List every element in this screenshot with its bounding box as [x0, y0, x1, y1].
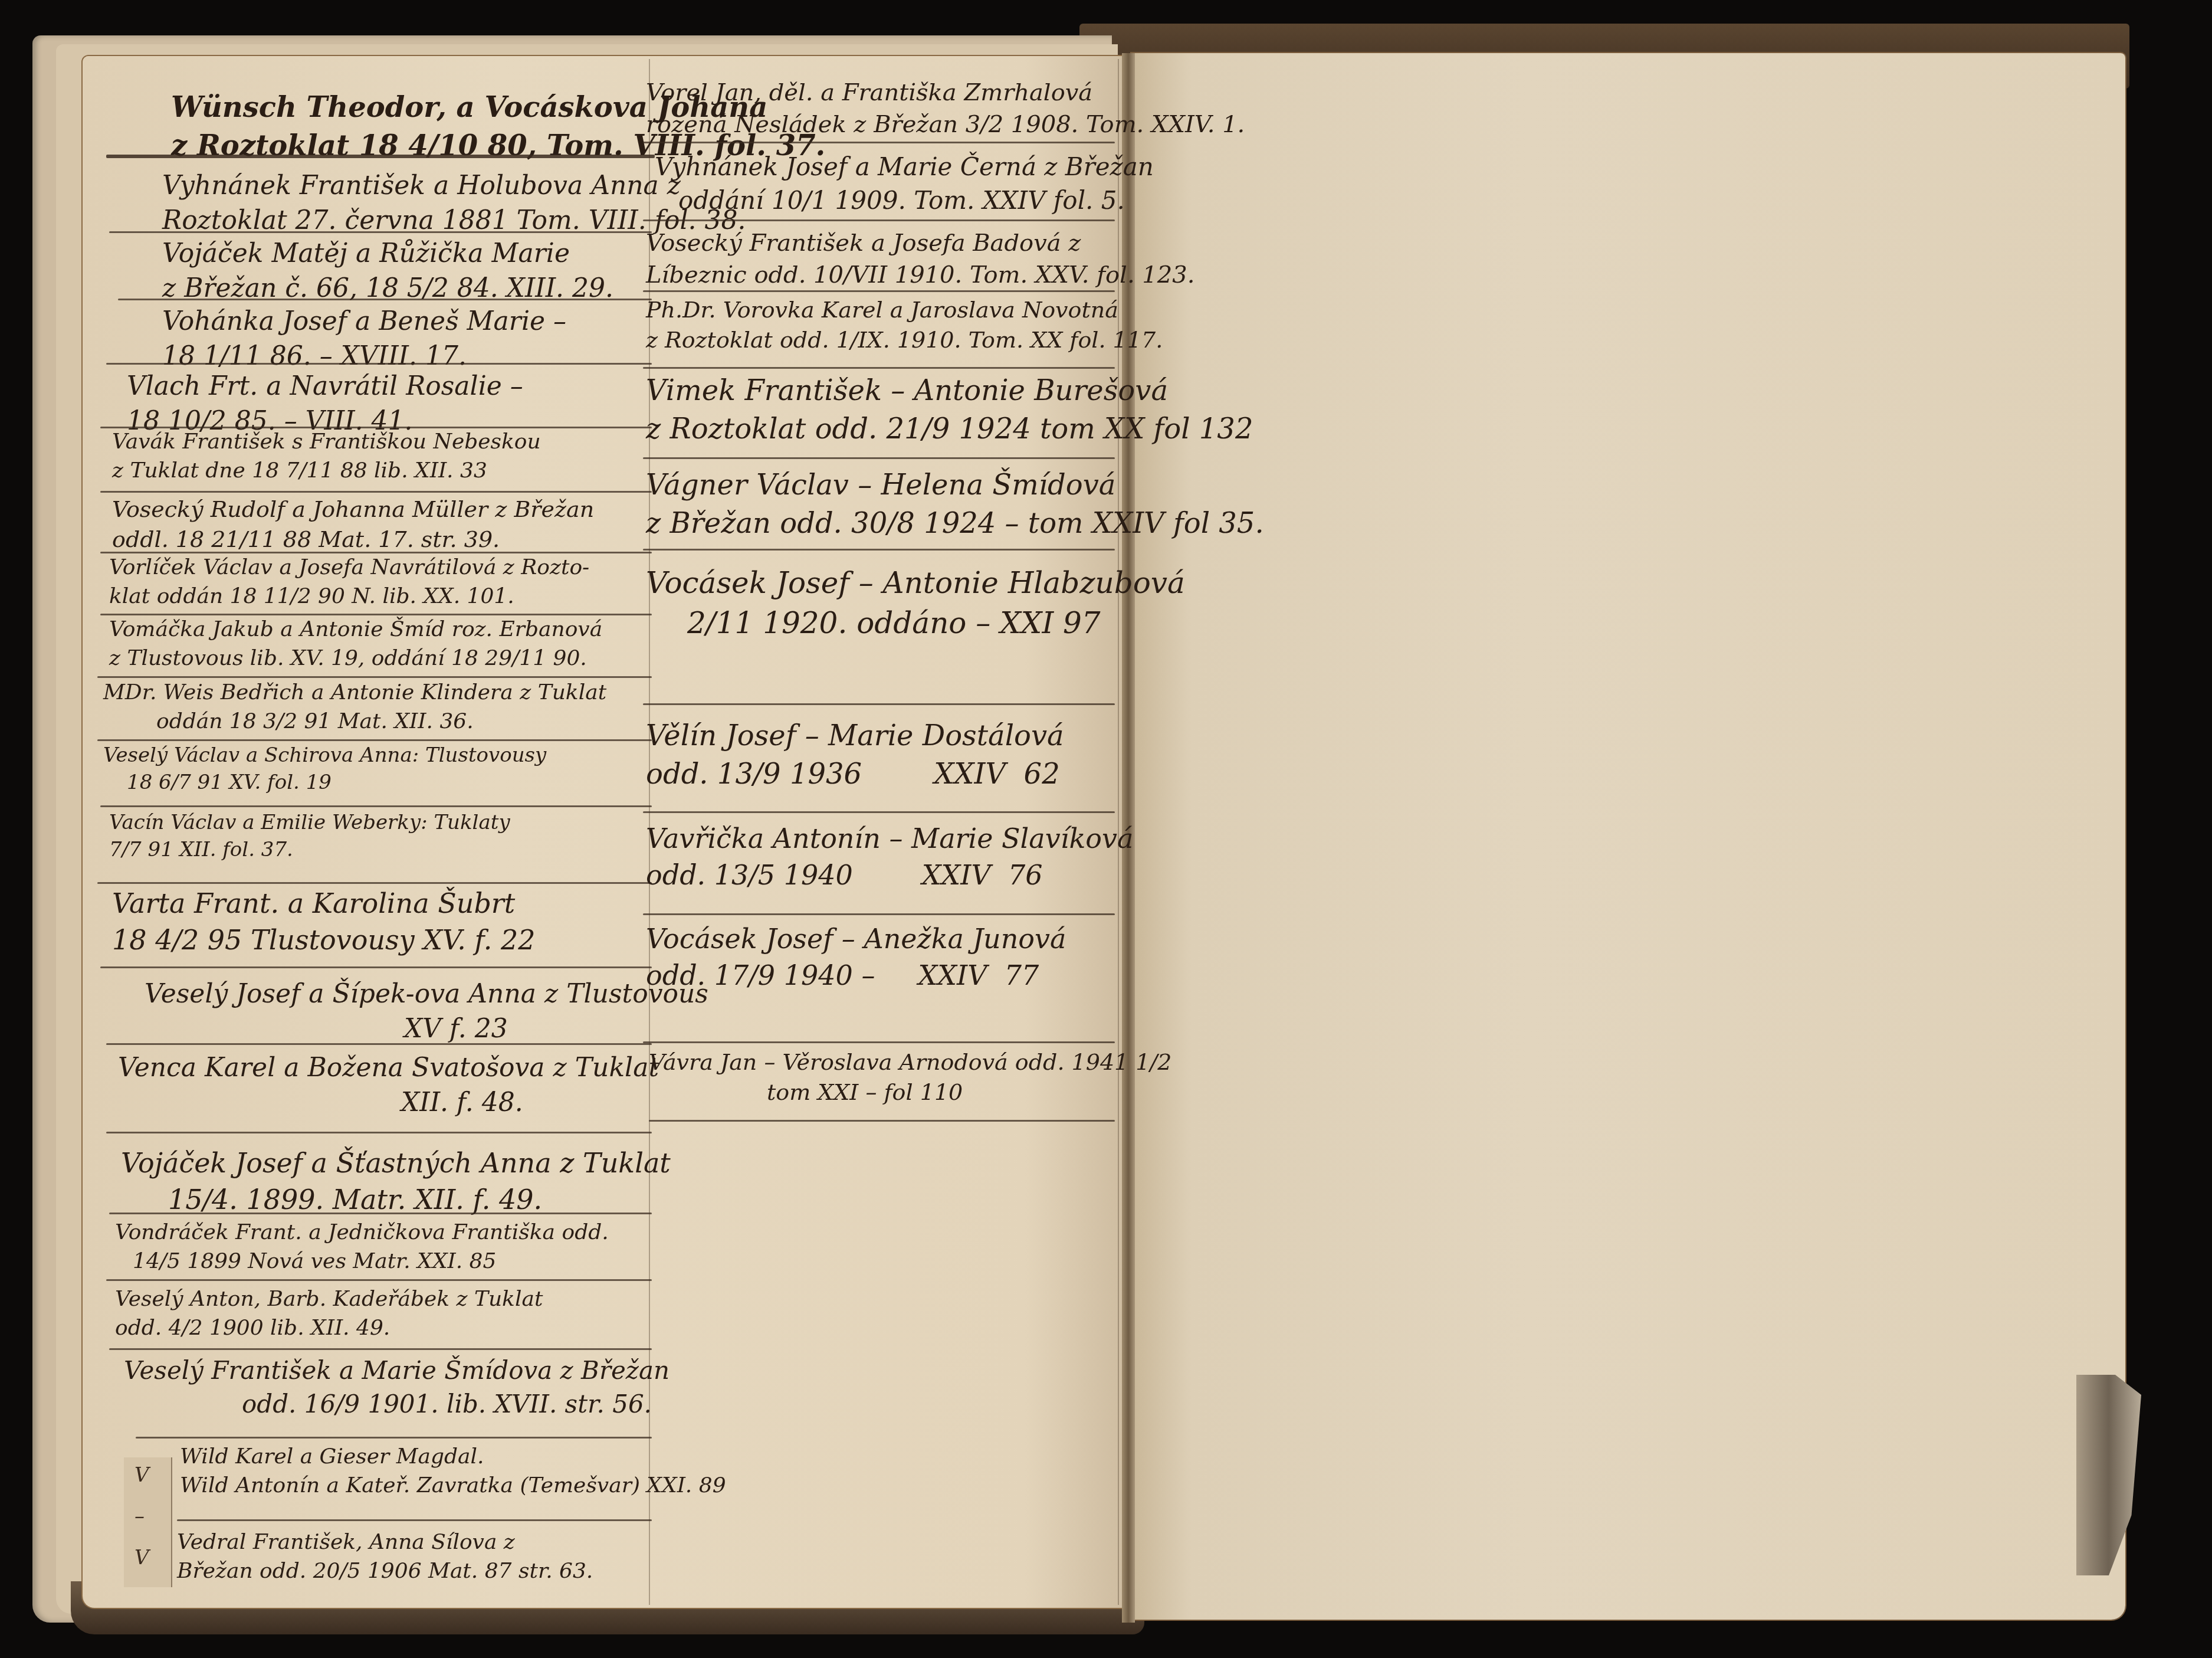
entry-details: z Tuklat dne 18 7/11 88 lib. XII. 33 — [112, 457, 541, 486]
entry-details: odd. 16/9 1901. lib. XVII. str. 56. — [124, 1388, 669, 1421]
register-entry: Varta Frant. a Karolina Šubrt 18 4/2 95 … — [112, 885, 536, 958]
entry-details: tom XXI – fol 110 — [649, 1077, 1172, 1107]
entry-names: Veselý František a Marie Šmídova z Břeža… — [124, 1354, 669, 1388]
entry-names: Vavák František s Františkou Nebeskou — [112, 428, 541, 457]
register-entry: Vimek František – Antonie Burešová z Roz… — [646, 372, 1253, 448]
entry-names: Vávra Jan – Věroslava Arnodová odd. 1941… — [649, 1047, 1172, 1077]
entry-separator — [106, 1279, 652, 1281]
stub-letter: – — [134, 1505, 145, 1528]
register-entry: Vojáček Matěj a Růžička Marie z Břežan č… — [162, 236, 613, 306]
entry-details: odd. 13/9 1936 XXIV 62 — [646, 755, 1064, 794]
entry-details: Wild Antonín a Kateř. Zavratka (Temešvar… — [180, 1472, 726, 1500]
register-entry: Vosecký Rudolf a Johanna Müller z Břežan… — [112, 494, 594, 555]
entry-names: Vomáčka Jakub a Antonie Šmíd roz. Erbano… — [109, 615, 602, 644]
entry-details: Břežan odd. 20/5 1906 Mat. 87 str. 63. — [177, 1557, 593, 1586]
entry-separator — [643, 290, 1115, 292]
right-page-edges — [2076, 1375, 2141, 1575]
entry-names: Vágner Václav – Helena Šmídová — [646, 466, 1264, 504]
entry-names: Vacín Václav a Emilie Weberky: Tuklaty — [109, 810, 510, 837]
entry-details: z Břežan č. 66, 18 5/2 84. XIII. 29. — [162, 271, 613, 306]
entry-separator — [643, 549, 1115, 551]
entry-names: Vocásek Josef – Antonie Hlabzubová — [646, 563, 1185, 604]
entry-details: 18 4/2 95 Tlustovousy XV. f. 22 — [112, 922, 536, 958]
register-entry: Vosecký František a Josefa Badová z Líbe… — [646, 227, 1194, 291]
entry-separator — [643, 219, 1115, 221]
entry-separator — [643, 811, 1115, 813]
entry-names: Vedral František, Anna Sílova z — [177, 1528, 593, 1557]
entry-separator — [109, 231, 652, 233]
entry-names: Vohánka Josef a Beneš Marie – — [162, 304, 566, 339]
entry-names: Vocásek Josef – Anežka Junová — [646, 920, 1066, 957]
register-entry: Ph.Dr. Vorovka Karel a Jaroslava Novotná… — [646, 295, 1163, 356]
stub-letter: V — [134, 1546, 149, 1569]
right-page — [1131, 53, 2125, 1620]
register-entry: Veselý Josef a Šípek-ova Anna z Tlustovo… — [145, 977, 708, 1047]
entry-details: z Břežan odd. 30/8 1924 – tom XXIV fol 3… — [646, 504, 1264, 543]
entry-separator — [100, 491, 652, 493]
entry-names: Vělín Josef – Marie Dostálová — [646, 717, 1064, 755]
entry-names: Vyhnánek Josef a Marie Černá z Břežan — [655, 150, 1154, 184]
register-entry: Wild Karel a Gieser Magdal. Wild Antonín… — [180, 1443, 726, 1500]
register-entry: Vavák František s Františkou Nebeskou z … — [112, 428, 541, 485]
register-entry: Veselý Václav a Schirova Anna: Tlustovou… — [103, 742, 546, 797]
entry-details: oddl. 18 21/11 88 Mat. 17. str. 39. — [112, 525, 594, 555]
entry-names: Vorlíček Václav a Josefa Navrátilová z R… — [109, 553, 589, 582]
entry-separator — [643, 457, 1115, 459]
register-entry: MDr. Weis Bedřich a Antonie Klindera z T… — [103, 679, 606, 736]
entry-names: Veselý Josef a Šípek-ova Anna z Tlustovo… — [145, 977, 708, 1011]
entry-details: 18 6/7 91 XV. fol. 19 — [103, 769, 546, 797]
entry-names: Vojáček Josef a Šťastných Anna z Tuklat — [121, 1145, 671, 1181]
entry-details: 2/11 1920. oddáno – XXI 97 — [646, 604, 1185, 644]
entry-separator — [100, 805, 652, 807]
entry-details: odd. 4/2 1900 lib. XII. 49. — [115, 1314, 543, 1343]
register-entry: Vocásek Josef – Anežka Junová odd. 17/9 … — [646, 920, 1066, 994]
entry-details: odd. 13/5 1940 XXIV 76 — [646, 857, 1133, 893]
entry-names: Veselý Václav a Schirova Anna: Tlustovou… — [103, 742, 546, 769]
entry-names: Veselý Anton, Barb. Kadeřábek z Tuklat — [115, 1285, 543, 1314]
entry-separator — [106, 1043, 652, 1045]
register-entry: Vavřička Antonín – Marie Slavíková odd. … — [646, 820, 1133, 893]
register-entry: Vyhnánek Josef a Marie Černá z Břežan od… — [655, 150, 1154, 217]
register-entry: Veselý Anton, Barb. Kadeřábek z Tuklat o… — [115, 1285, 543, 1342]
entry-names: Wild Karel a Gieser Magdal. — [180, 1443, 726, 1472]
register-entry: Vorlíček Václav a Josefa Navrátilová z R… — [109, 553, 589, 611]
register-entry: Venca Karel a Božena Svatošova z Tuklat … — [118, 1050, 659, 1120]
entry-separator — [177, 1519, 652, 1521]
entry-details: Líbeznic odd. 10/VII 1910. Tom. XXV. fol… — [646, 259, 1194, 291]
stub-letter: V — [134, 1463, 149, 1487]
entry-details: XII. f. 48. — [118, 1085, 659, 1120]
register-entry: Vělín Josef – Marie Dostálová odd. 13/9 … — [646, 717, 1064, 794]
entry-separator — [136, 1437, 652, 1439]
entry-separator — [643, 1041, 1115, 1043]
entry-separator — [118, 299, 652, 300]
entry-separator — [649, 1120, 1115, 1122]
entry-separator — [643, 703, 1115, 705]
entry-separator — [106, 363, 652, 365]
entry-names: Venca Karel a Božena Svatošova z Tuklat — [118, 1050, 659, 1085]
entry-names: Vosecký Rudolf a Johanna Müller z Břežan — [112, 494, 594, 525]
register-entry: Vacín Václav a Emilie Weberky: Tuklaty 7… — [109, 810, 510, 864]
register-entry: Vocásek Josef – Antonie Hlabzubová 2/11 … — [646, 563, 1185, 643]
entry-separator — [109, 1348, 652, 1350]
entry-details: XV f. 23 — [145, 1011, 708, 1046]
entry-details: z Tlustovous lib. XV. 19, oddání 18 29/1… — [109, 644, 602, 673]
entry-separator — [106, 1132, 652, 1133]
entry-names: Vorel Jan, děl. a Františka Zmrhalová — [646, 77, 1245, 109]
entry-separator — [97, 739, 652, 741]
entry-separator — [109, 1213, 652, 1214]
entry-details: z Roztoklat odd. 1/IX. 1910. Tom. XX fol… — [646, 325, 1163, 355]
entry-names: Vondráček Frant. a Jedničkova Františka … — [115, 1218, 609, 1247]
entry-details: z Roztoklat odd. 21/9 1924 tom XX fol 13… — [646, 410, 1253, 448]
entry-details: odd. 17/9 1940 – XXIV 77 — [646, 957, 1066, 994]
entry-separator — [97, 882, 652, 884]
entry-names: Vavřička Antonín – Marie Slavíková — [646, 820, 1133, 857]
entry-separator — [106, 155, 655, 158]
entry-names: Vlach Frt. a Navrátil Rosalie – — [127, 369, 523, 404]
entry-names: MDr. Weis Bedřich a Antonie Klindera z T… — [103, 679, 606, 707]
entry-names: Ph.Dr. Vorovka Karel a Jaroslava Novotná — [646, 295, 1163, 325]
entry-separator — [97, 676, 652, 678]
register-entry: Vorel Jan, děl. a Františka Zmrhalová ro… — [646, 77, 1245, 140]
entry-names: Vojáček Matěj a Růžička Marie — [162, 236, 613, 271]
register-entry: Vondráček Frant. a Jedničkova Františka … — [115, 1218, 609, 1276]
register-entry: Veselý František a Marie Šmídova z Břeža… — [124, 1354, 669, 1421]
entry-details: 7/7 91 XII. fol. 37. — [109, 837, 510, 864]
entry-names: Vosecký František a Josefa Badová z — [646, 227, 1194, 259]
entry-separator — [100, 966, 652, 968]
entry-details: klat oddán 18 11/2 90 N. lib. XX. 101. — [109, 582, 589, 611]
register-entry: Vomáčka Jakub a Antonie Šmíd roz. Erbano… — [109, 615, 602, 673]
entry-details: rozená Nesládek z Břežan 3/2 1908. Tom. … — [646, 109, 1245, 140]
entry-separator — [643, 142, 1115, 143]
entry-names: Varta Frant. a Karolina Šubrt — [112, 885, 536, 922]
entry-details: oddání 10/1 1909. Tom. XXIV fol. 5. — [655, 184, 1154, 218]
entry-details: 14/5 1899 Nová ves Matr. XXI. 85 — [115, 1247, 609, 1276]
register-entry: Vojáček Josef a Šťastných Anna z Tuklat … — [121, 1145, 671, 1218]
register-entry: Vágner Václav – Helena Šmídová z Břežan … — [646, 466, 1264, 543]
register-entry: Vedral František, Anna Sílova z Břežan o… — [177, 1528, 593, 1585]
entry-details: oddán 18 3/2 91 Mat. XII. 36. — [103, 707, 606, 736]
entry-separator — [643, 367, 1115, 369]
entry-separator — [643, 913, 1115, 915]
register-entry: Vávra Jan – Věroslava Arnodová odd. 1941… — [649, 1047, 1172, 1108]
entry-names: Vimek František – Antonie Burešová — [646, 372, 1253, 410]
index-stub-tab: V – V — [124, 1457, 172, 1587]
